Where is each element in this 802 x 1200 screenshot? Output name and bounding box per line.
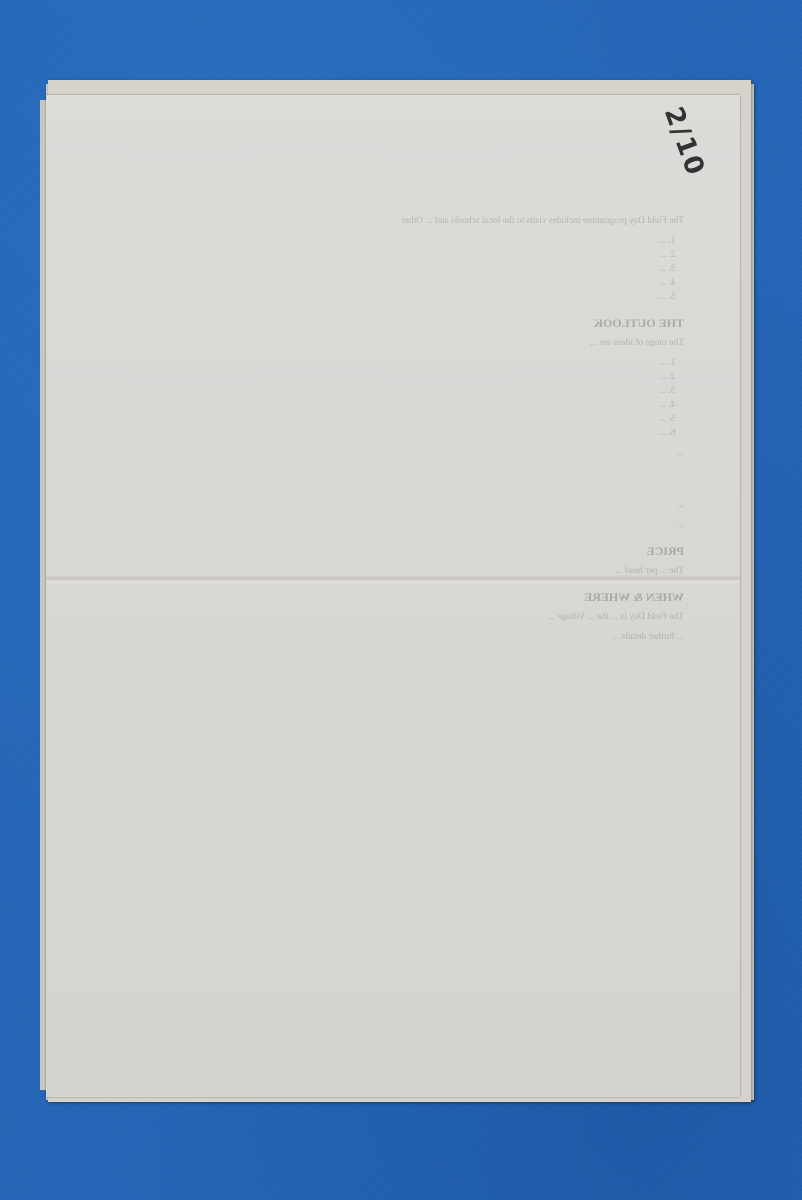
middle-paragraph: ... (164, 499, 684, 511)
list-item: ... (164, 249, 666, 261)
list-1: ... ... ... ... ... (164, 235, 684, 303)
list-item: ... (164, 291, 666, 303)
outlook-intro: The range of ideas are ... (164, 337, 684, 349)
list-item: ... (164, 399, 666, 411)
list-2: ... ... ... ... ... ... (164, 357, 684, 439)
show-through-text: The Field Day programme includes visits … (164, 215, 684, 651)
heading-price: PRICE (164, 545, 684, 557)
list-item: ... (164, 263, 666, 275)
when-text: The Field Day is ... the ... Village ... (164, 611, 684, 623)
list-item: ... (164, 235, 666, 247)
list-item: ... (164, 357, 666, 369)
handwritten-mark: 2/10 (658, 103, 711, 181)
intro-paragraph: The Field Day programme includes visits … (164, 215, 684, 227)
list-item: ... (164, 371, 666, 383)
when-text-2: ... further details ... (164, 631, 684, 643)
outlook-note: ... (164, 447, 684, 459)
list-item: ... (164, 413, 666, 425)
middle-paragraph-2: ... (164, 519, 684, 531)
list-item: ... (164, 427, 666, 439)
heading-when-where: WHEN & WHERE (164, 591, 684, 603)
list-item: ... (164, 277, 666, 289)
paper-sheet: 2/10 The Field Day programme includes vi… (46, 95, 740, 1097)
list-item: ... (164, 385, 666, 397)
heading-outlook: THE OUTLOOK (164, 317, 684, 329)
price-text: The ... per head ... (164, 565, 684, 577)
